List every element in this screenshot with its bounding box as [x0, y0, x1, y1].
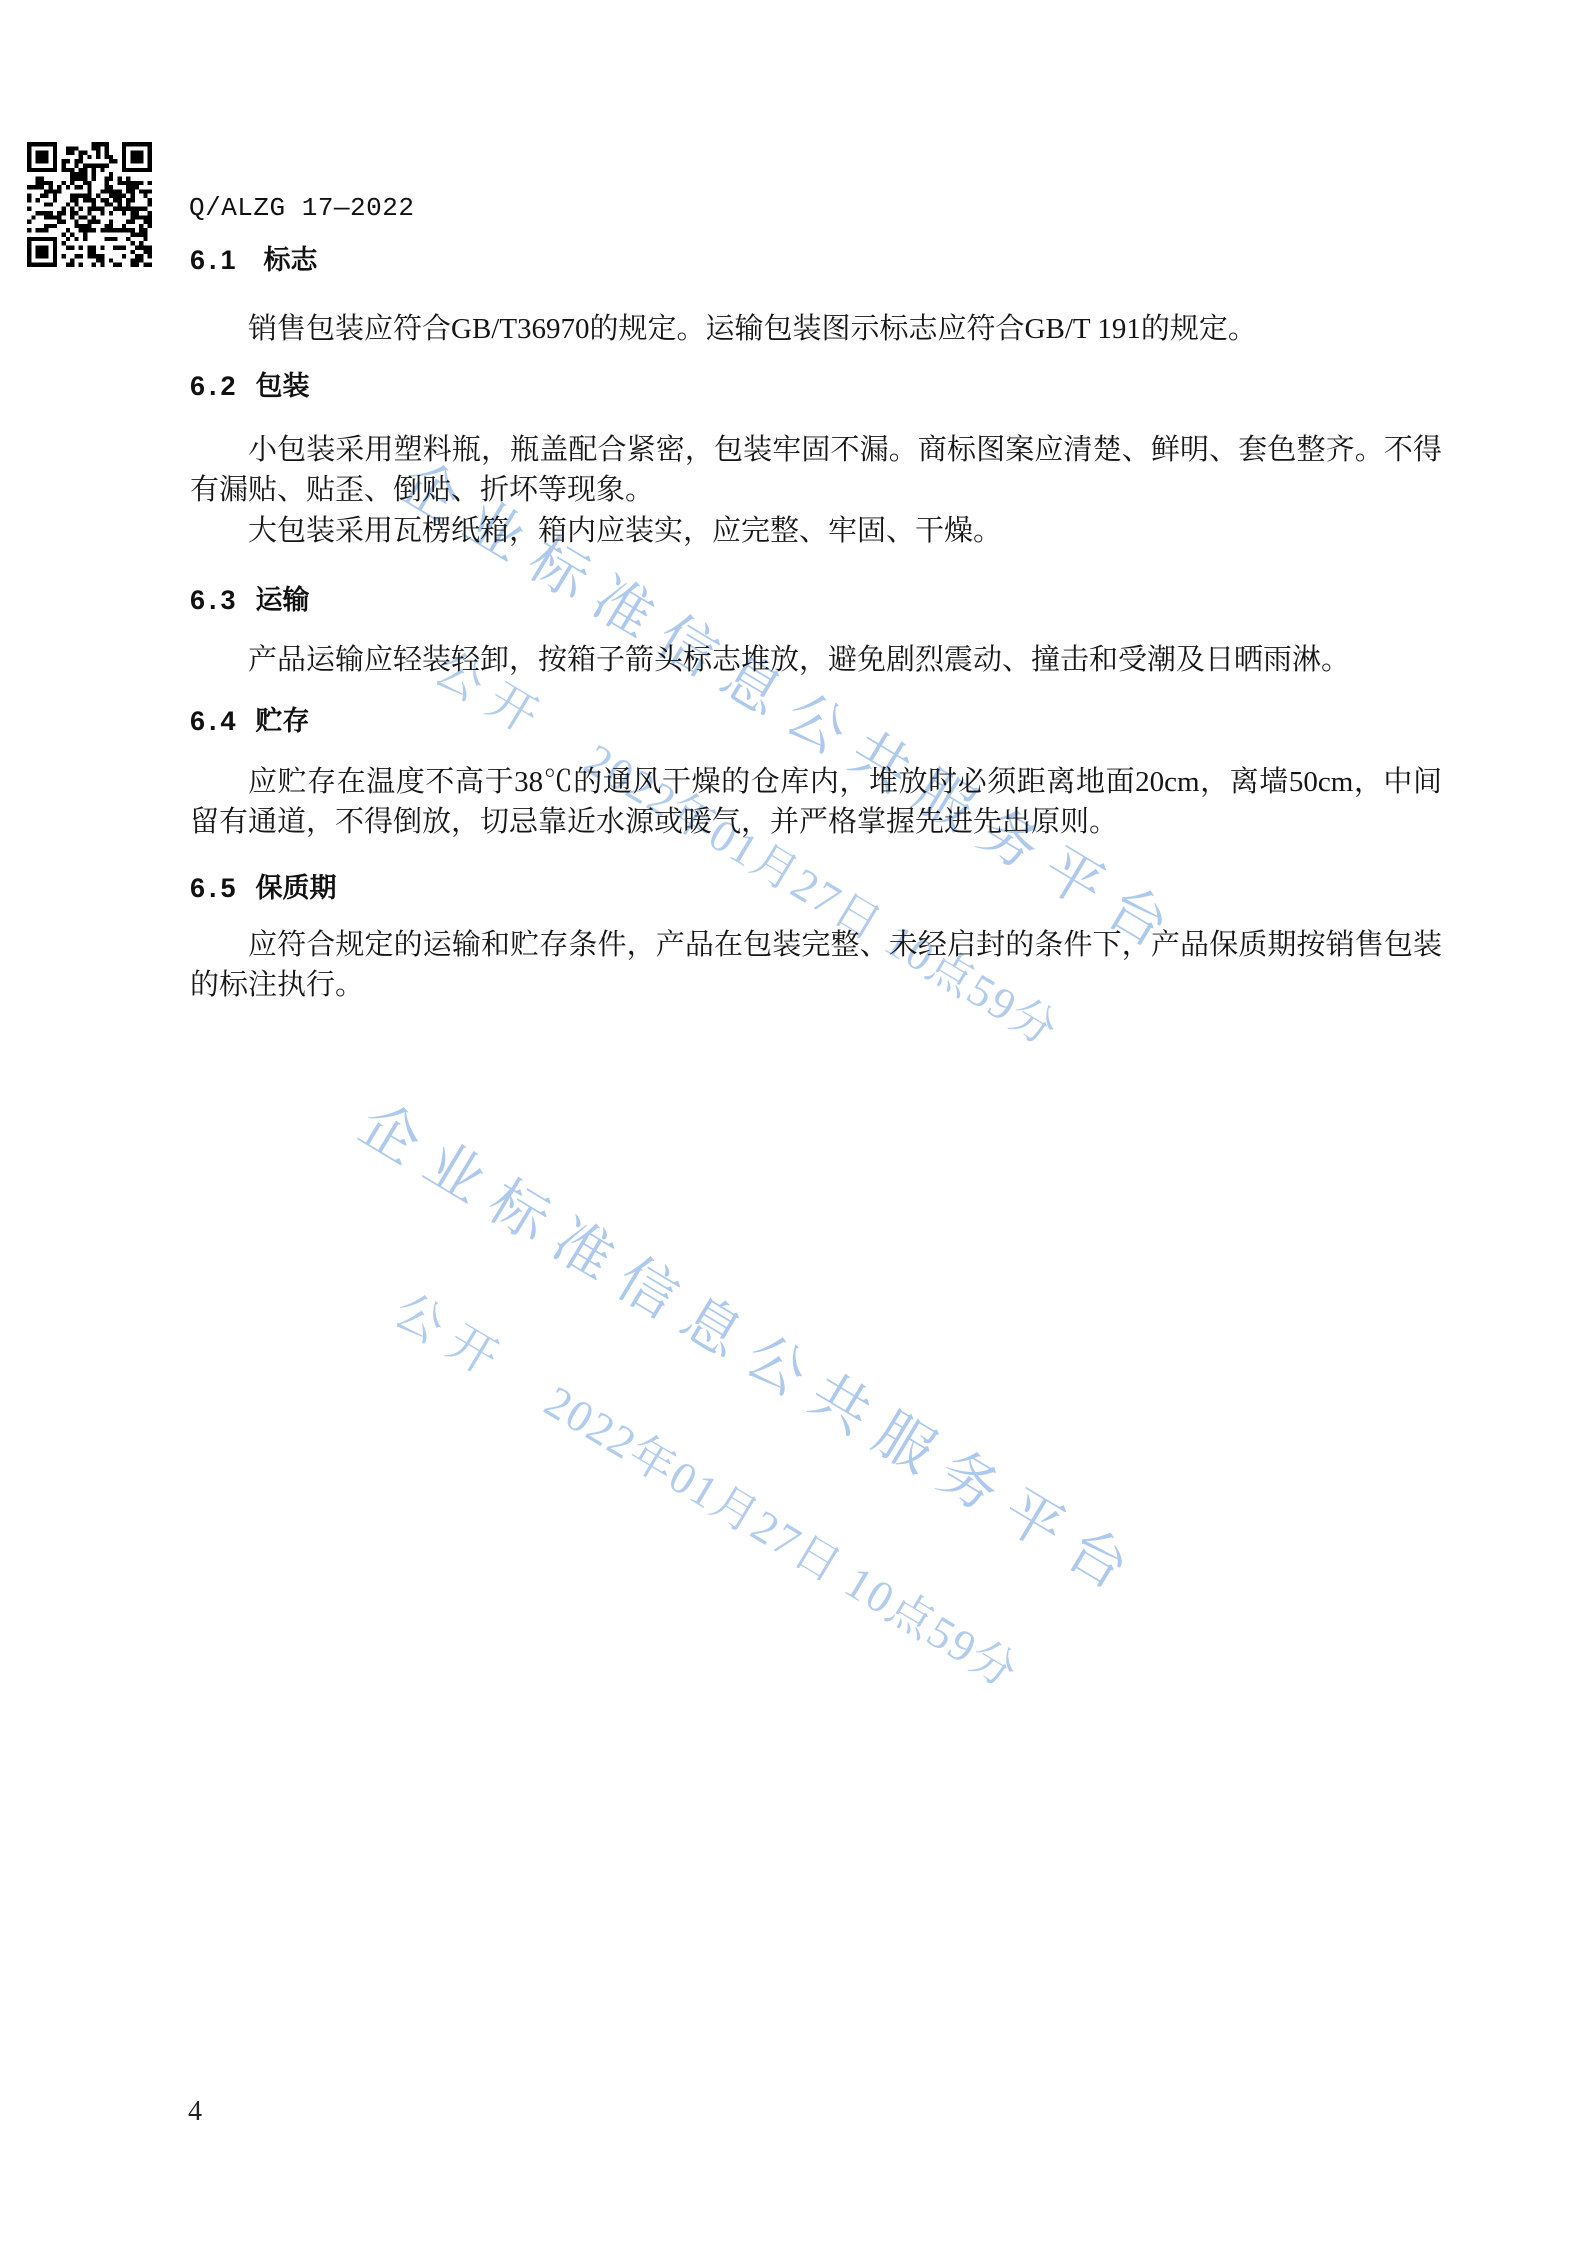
section-number: 6.2 — [190, 371, 240, 401]
section-title: 标志 — [264, 245, 318, 275]
section-heading-6-5: 6.5保质期 — [190, 871, 337, 905]
document-page: 企业标准信息公共服务平台 公开2022年01月27日 10点59分 企业标准信息… — [0, 0, 1588, 2245]
section-heading-6-3: 6.3运输 — [190, 583, 310, 617]
section-title: 贮存 — [256, 706, 310, 736]
paragraph-6-5: 应符合规定的运输和贮存条件，产品在包装完整、未经启封的条件下，产品保质期按销售包… — [190, 925, 1442, 1005]
section-title: 保质期 — [256, 873, 337, 903]
watermark-meta-line: 公开2022年01月27日 10点59分 — [383, 1273, 1034, 1702]
section-number: 6.3 — [190, 585, 240, 615]
doc-code: Q/ALZG 17—2022 — [189, 193, 414, 223]
watermark-platform-text: 企业标准信息公共服务平台 — [347, 1078, 1162, 1614]
section-title: 包装 — [256, 371, 310, 401]
qr-code — [27, 141, 152, 268]
watermark-datetime-text: 2022年01月27日 10点59分 — [536, 1376, 1027, 1698]
section-heading-6-1: 6.1标志 — [190, 243, 318, 277]
paragraph-6-2a: 小包装采用塑料瓶，瓶盖配合紧密，包装牢固不漏。商标图案应清楚、鲜明、套色整齐。不… — [190, 430, 1442, 510]
section-number: 6.4 — [190, 706, 240, 736]
watermark-visibility-text: 公开 — [385, 1284, 519, 1393]
section-title: 运输 — [256, 585, 310, 615]
section-heading-6-4: 6.4贮存 — [190, 704, 310, 738]
watermark-lower: 企业标准信息公共服务平台 公开2022年01月27日 10点59分 — [347, 1078, 1162, 1614]
section-heading-6-2: 6.2包装 — [190, 369, 310, 403]
paragraph-6-2b: 大包装采用瓦楞纸箱，箱内应装实，应完整、牢固、干燥。 — [190, 511, 1442, 551]
page-number: 4 — [188, 2096, 202, 2128]
paragraph-6-3: 产品运输应轻装轻卸，按箱子箭头标志堆放，避免剧烈震动、撞击和受潮及日晒雨淋。 — [190, 640, 1442, 680]
section-number: 6.5 — [190, 873, 240, 903]
section-number: 6.1 — [190, 245, 240, 275]
paragraph-6-4: 应贮存在温度不高于38℃的通风干燥的仓库内，堆放时必须距离地面20cm，离墙50… — [190, 762, 1442, 842]
paragraph-6-1: 销售包装应符合GB/T36970的规定。运输包装图示标志应符合GB/T 191的… — [190, 309, 1442, 349]
